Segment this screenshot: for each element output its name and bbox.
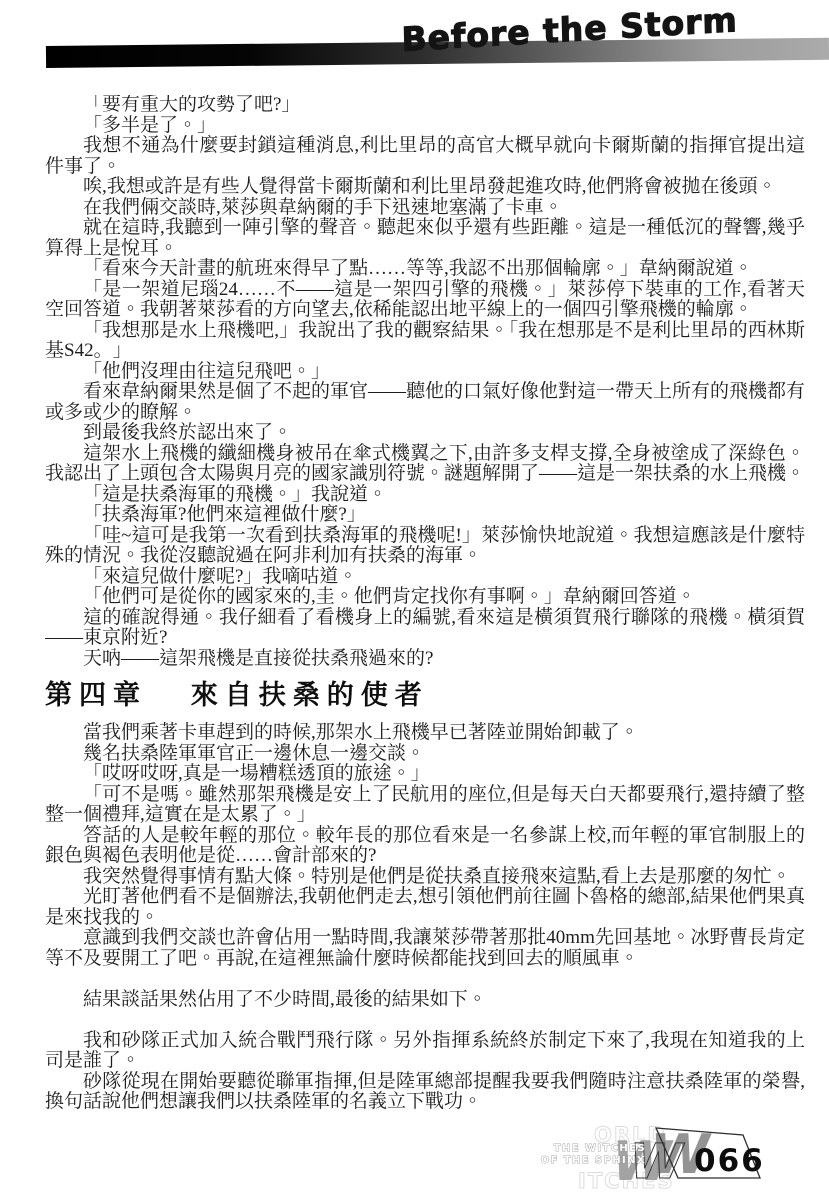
series-logo: ORLD ITCHES W W W THE WITCHES OF THE SPH… — [528, 1116, 829, 1200]
paragraph: 砂隊從現在開始要聽從聯軍指揮,但是陸軍總部提醒我要我們隨時注意扶桑陸軍的榮譽,換… — [45, 1072, 805, 1113]
paragraph: 意識到我們交談也許會佔用一點時間,我讓萊莎帶著那批40mm先回基地。冰野曹長肯定… — [45, 928, 805, 969]
paragraph: 幾名扶桑陸軍軍官正一邊休息一邊交談。 — [45, 744, 805, 765]
paragraph — [45, 1010, 805, 1031]
paragraph: 「哎呀哎呀,真是一場糟糕透頂的旅途。」 — [45, 764, 805, 785]
paragraph: 我和砂隊正式加入統合戰鬥飛行隊。另外指揮系統終於制定下來了,我現在知道我的上司是… — [45, 1031, 805, 1072]
paragraph: 「要有重大的攻勢了吧?」 — [45, 95, 805, 116]
paragraph — [45, 969, 805, 990]
paragraph: 「哇~這可是我第一次看到扶桑海軍的飛機呢!」萊莎愉快地說道。我想這應該是什麼特殊… — [45, 526, 805, 567]
page-footer: ORLD ITCHES W W W THE WITCHES OF THE SPH… — [528, 1116, 829, 1200]
paragraph: 「可不是嗎。雖然那架飛機是安上了民航用的座位,但是每天白天都要飛行,還持續了整整… — [45, 785, 805, 826]
paragraph: 「來這兒做什麼呢?」我嘀咕道。 — [45, 567, 805, 588]
paragraph: 光盯著他們看不是個辦法,我朝他們走去,想引領他們前往圖卜魯格的總部,結果他們果真… — [45, 887, 805, 928]
paragraph: 「這是扶桑海軍的飛機。」我說道。 — [45, 485, 805, 506]
paragraph: 「是一架道尼瑙24……不——這是一架四引擎的飛機。」萊莎停下裝車的工作,看著天空… — [45, 280, 805, 321]
paragraph: 「扶桑海軍?他們來這裡做什麼?」 — [45, 505, 805, 526]
paragraph: 當我們乘著卡車趕到的時候,那架水上飛機早已著陸並開始卸載了。 — [45, 723, 805, 744]
paragraph: 這架水上飛機的纖細機身被吊在傘式機翼之下,由許多支桿支撐,全身被塗成了深綠色。我… — [45, 444, 805, 485]
paragraph: 看來韋納爾果然是個了不起的軍官——聽他的口氣好像他對這一帶天上所有的飛機都有或多… — [45, 382, 805, 423]
chapter-number: 第四章 — [45, 680, 147, 710]
paragraph: 這的確說得通。我仔細看了看機身上的編號,看來這是橫須賀飛行聯隊的飛機。橫須賀——… — [45, 608, 805, 649]
paragraph: 我突然覺得事情有點大條。特別是他們是從扶桑直接飛來這點,看上去是那麼的匆忙。 — [45, 867, 805, 888]
paragraph: 「看來今天計畫的航班來得早了點……等等,我認不出那個輪廓。」韋納爾說道。 — [45, 259, 805, 280]
paragraph: 「我想那是水上飛機吧,」我說出了我的觀察結果。「我在想那是不是利比里昂的西林斯基… — [45, 321, 805, 362]
series-name-line1: THE WITCHES — [554, 1143, 646, 1154]
paragraph: 唉,我想或許是有些人覺得當卡爾斯蘭和利比里昂發起進攻時,他們將會被拋在後頭。 — [45, 177, 805, 198]
paragraph: 「他們可是從你的國家來的,圭。他們肯定找你有事啊。」韋納爾回答道。 — [45, 587, 805, 608]
paragraph: 「多半是了。」 — [45, 116, 805, 137]
paragraph: 就在這時,我聽到一陣引擎的聲音。聽起來似乎還有些距離。這是一種低沉的聲響,幾乎算… — [45, 218, 805, 259]
paragraph: 答話的人是較年輕的那位。較年長的那位看來是一名參謀上校,而年輕的軍官制服上的銀色… — [45, 826, 805, 867]
paragraph: 天吶——這架飛機是直接從扶桑飛過來的? — [45, 649, 805, 670]
paragraph: 在我們倆交談時,萊莎與韋納爾的手下迅速地塞滿了卡車。 — [45, 198, 805, 219]
text-block-before-chapter: 「要有重大的攻勢了吧?」「多半是了。」我想不通為什麼要封鎖這種消息,利比里昂的高… — [45, 95, 805, 669]
text-block-after-chapter: 當我們乘著卡車趕到的時候,那架水上飛機早已著陸並開始卸載了。幾名扶桑陸軍軍官正一… — [45, 723, 805, 1113]
paragraph: 到最後我終於認出來了。 — [45, 423, 805, 444]
page-body: 「要有重大的攻勢了吧?」「多半是了。」我想不通為什麼要封鎖這種消息,利比里昂的高… — [45, 95, 805, 1185]
chapter-title: 來自扶桑的使者 — [191, 680, 429, 710]
chapter-heading: 第四章 來自扶桑的使者 — [45, 679, 805, 711]
book-page: Before the Storm 「要有重大的攻勢了吧?」「多半是了。」我想不通… — [0, 0, 829, 1200]
paragraph: 我想不通為什麼要封鎖這種消息,利比里昂的高官大概早就向卡爾斯蘭的指揮官提出這件事… — [45, 136, 805, 177]
series-name-line2: OF THE SPHINX — [541, 1155, 646, 1166]
paragraph: 結果談話果然佔用了不少時間,最後的結果如下。 — [45, 990, 805, 1011]
paragraph: 「他們沒理由往這兒飛吧。」 — [45, 362, 805, 383]
page-number: 066 — [694, 1143, 765, 1179]
